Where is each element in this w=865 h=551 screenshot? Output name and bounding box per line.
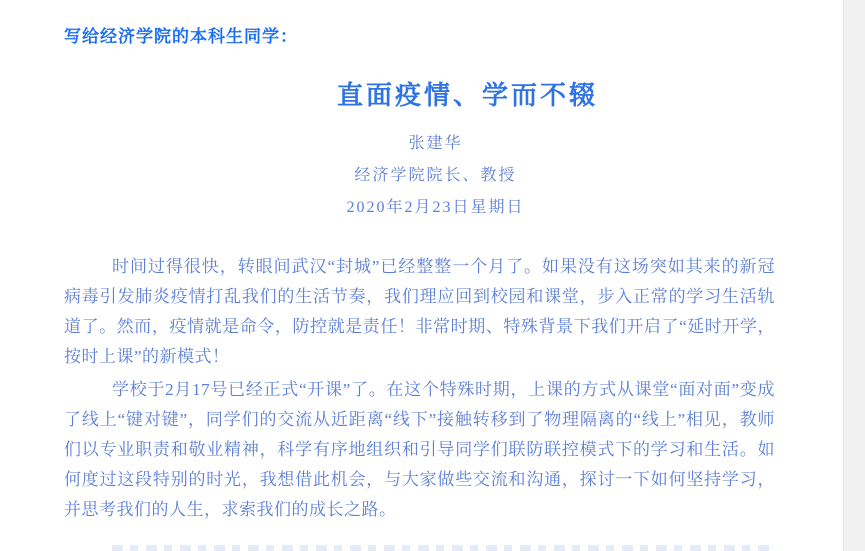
- cutoff-text-line: [112, 545, 772, 551]
- document-content: 写给经济学院的本科生同学： 直面疫情、学而不辍 张建华 经济学院院长、教授 20…: [0, 0, 843, 525]
- article-body: 时间过得很快，转眼间武汉“封城”已经整整一个月了。如果没有这场突如其来的新冠病毒…: [64, 252, 775, 525]
- salutation: 写给经济学院的本科生同学：: [64, 26, 775, 48]
- byline: 张建华 经济学院院长、教授 2020年2月23日星期日: [80, 128, 791, 224]
- article-title: 直面疫情、学而不辍: [112, 78, 823, 114]
- page-margin-area: [843, 0, 865, 551]
- article-date: 2020年2月23日星期日: [80, 192, 791, 224]
- document-page: 写给经济学院的本科生同学： 直面疫情、学而不辍 张建华 经济学院院长、教授 20…: [0, 0, 843, 551]
- author-role: 经济学院院长、教授: [80, 160, 791, 192]
- author-name: 张建华: [80, 128, 791, 160]
- paragraph: 时间过得很快，转眼间武汉“封城”已经整整一个月了。如果没有这场突如其来的新冠病毒…: [64, 252, 775, 372]
- paragraph: 学校于2月17号已经正式“开课”了。在这个特殊时期，上课的方式从课堂“面对面”变…: [64, 375, 775, 525]
